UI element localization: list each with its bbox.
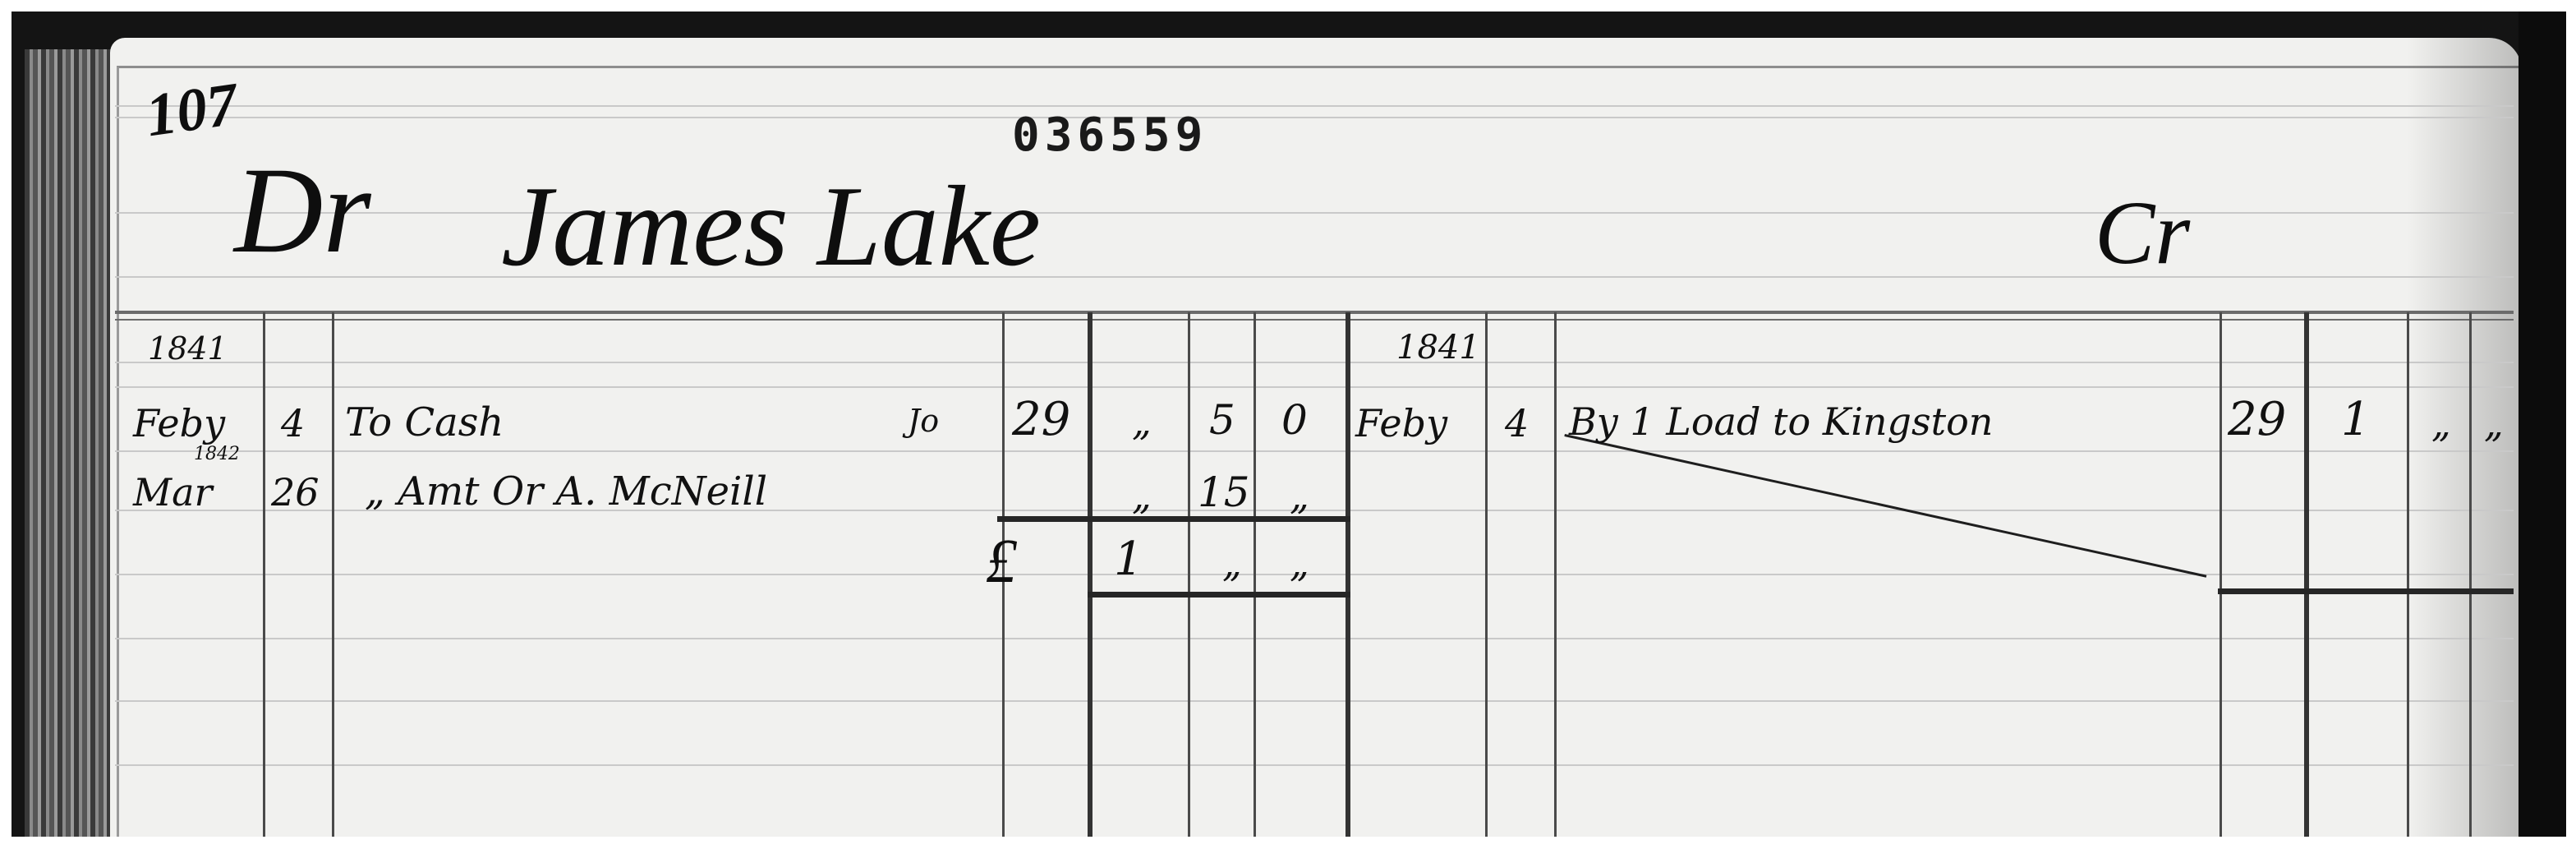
column-divider [2304, 312, 2309, 837]
column-divider [1253, 312, 1256, 837]
column-divider [2219, 312, 2222, 837]
ruled-line [115, 105, 2514, 107]
column-divider [1188, 312, 1190, 837]
entry-month: Feby [1355, 401, 1447, 445]
ruled-line [115, 117, 2514, 118]
entry-folio-mark: Jo [908, 403, 939, 439]
column-divider [1088, 312, 1092, 837]
entry-day: 4 [281, 401, 305, 445]
entry-pence: „ [1290, 473, 1309, 518]
entry-particulars: „ Amt Or A. McNeill [365, 468, 767, 514]
entry-particulars: To Cash [345, 399, 504, 445]
ruled-line [115, 638, 2514, 639]
entry-shillings: „ [2431, 401, 2451, 445]
page-number: 107 [142, 70, 242, 152]
entry-pounds: 1 [2341, 393, 2371, 446]
entry-year-note: 1842 [194, 444, 240, 464]
credit-total-rule [2218, 588, 2514, 594]
ruled-line [115, 764, 2514, 766]
total-currency-symbol: £ [986, 526, 1017, 598]
column-divider [1485, 312, 1488, 837]
entry-pence: 0 [1281, 396, 1308, 444]
entry-month: Mar [133, 470, 213, 514]
column-divider [2469, 312, 2472, 837]
credit-heading: Cr [2095, 181, 2190, 285]
entry-pounds: „ [1132, 473, 1152, 518]
entry-day: 26 [271, 470, 320, 514]
entry-particulars: By 1 Load to Kingston [1569, 399, 1993, 444]
total-shillings: „ [1222, 541, 1242, 585]
ruled-line [115, 362, 2514, 363]
column-divider [263, 312, 265, 837]
debit-year: 1841 [148, 330, 228, 367]
account-name: James Lake [501, 160, 1041, 293]
total-pence: „ [1290, 541, 1309, 585]
column-divider [332, 312, 334, 837]
total-rule [1088, 592, 1350, 598]
entry-folio: 29 [2228, 393, 2286, 446]
ruled-line [115, 386, 2514, 388]
column-divider [1345, 312, 1350, 837]
entry-shillings: 15 [1198, 468, 1250, 516]
ruled-line [115, 450, 2514, 452]
column-divider [1554, 312, 1557, 837]
column-divider [2407, 312, 2409, 837]
entry-shillings: 5 [1209, 396, 1235, 444]
entry-folio: 29 [1012, 393, 1070, 446]
debit-heading: Dr [234, 140, 371, 281]
page-curl-shadow [2407, 38, 2522, 837]
ruled-line [115, 574, 2514, 575]
entry-month: Feby [133, 401, 225, 445]
entry-pounds: „ [1132, 399, 1152, 444]
book-binding-edge [25, 49, 115, 837]
header-rule [115, 311, 2514, 314]
entry-day: 4 [1505, 401, 1529, 445]
credit-year: 1841 [1396, 329, 1480, 367]
book-spine [2518, 12, 2566, 837]
total-pounds: 1 [1114, 533, 1143, 586]
header-rule [115, 319, 2514, 321]
ruled-line [115, 700, 2514, 702]
entry-pence: „ [2484, 401, 2504, 445]
archive-stamp-number: 036559 [1012, 108, 1207, 162]
